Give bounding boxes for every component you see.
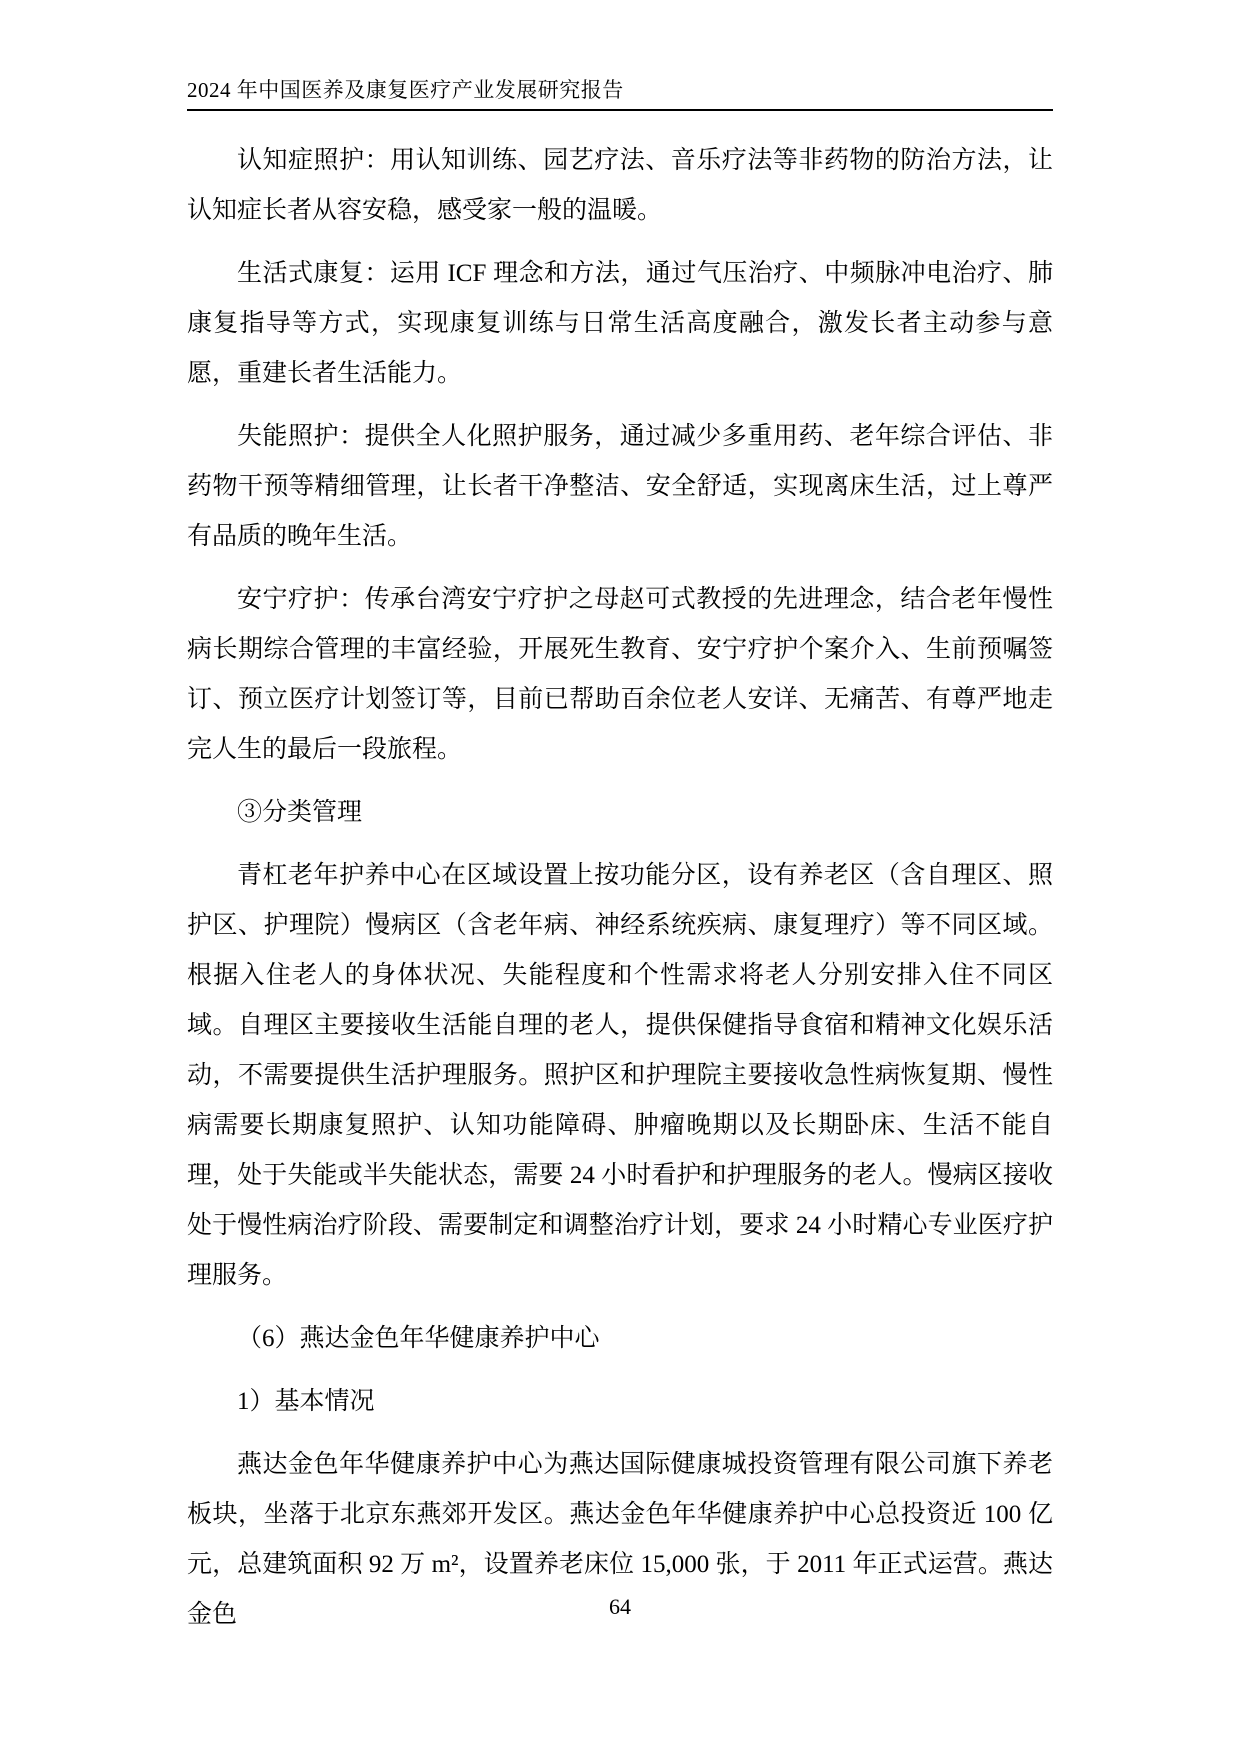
heading-yanda-center: （6）燕达金色年华健康养护中心 xyxy=(187,1314,1053,1364)
page-footer: 64 xyxy=(0,1592,1240,1622)
page-header: 2024 年中国医养及康复医疗产业发展研究报告 xyxy=(187,77,1053,111)
page-body: 认知症照护：用认知训练、园艺疗法、音乐疗法等非药物的防治方法，让认知症长者从容安… xyxy=(187,136,1053,1653)
document-page: 2024 年中国医养及康复医疗产业发展研究报告 认知症照护：用认知训练、园艺疗法… xyxy=(0,0,1240,1754)
report-title: 2024 年中国医养及康复医疗产业发展研究报告 xyxy=(187,78,624,102)
para-hospice-care: 安宁疗护：传承台湾安宁疗护之母赵可式教授的先进理念，结合老年慢性病长期综合管理的… xyxy=(187,575,1053,775)
para-life-style-rehab: 生活式康复：运用 ICF 理念和方法，通过气压治疗、中频脉冲电治疗、肺康复指导等… xyxy=(187,249,1053,399)
page-number: 64 xyxy=(609,1594,631,1619)
para-zone-management: 青杠老年护养中心在区域设置上按功能分区，设有养老区（含自理区、照护区、护理院）慢… xyxy=(187,851,1053,1301)
para-cognitive-care: 认知症照护：用认知训练、园艺疗法、音乐疗法等非药物的防治方法，让认知症长者从容安… xyxy=(187,136,1053,236)
heading-classified-management: ③分类管理 xyxy=(187,788,1053,838)
heading-basic-info: 1）基本情况 xyxy=(187,1377,1053,1427)
para-disability-care: 失能照护：提供全人化照护服务，通过减少多重用药、老年综合评估、非药物干预等精细管… xyxy=(187,412,1053,562)
